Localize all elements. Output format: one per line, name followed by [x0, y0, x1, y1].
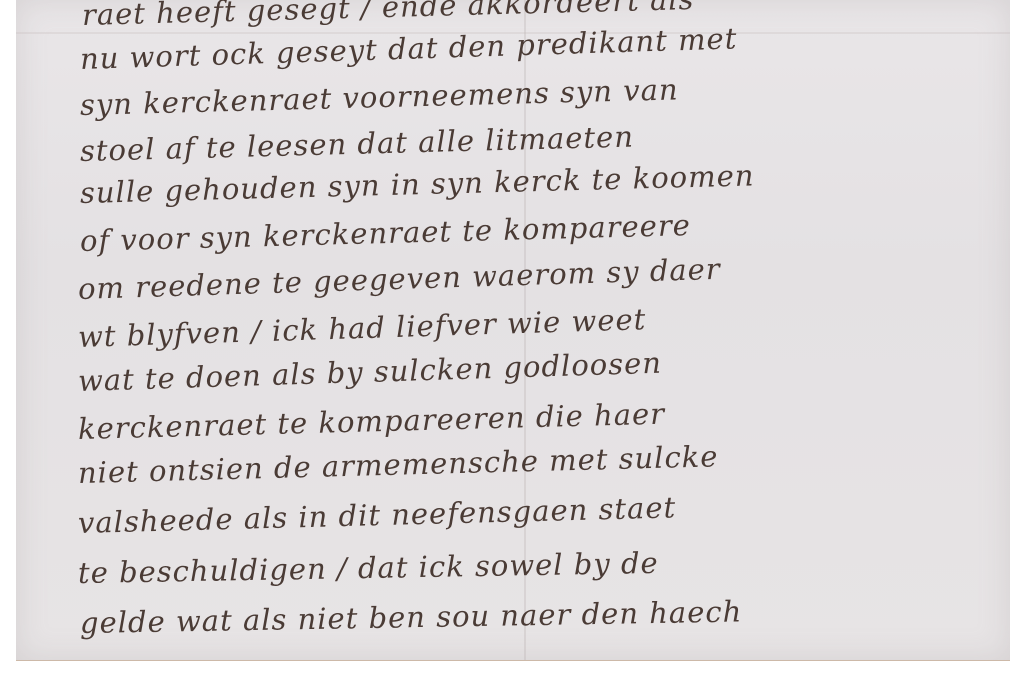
- manuscript-line-6: of voor syn kerckenraet te kompareere: [80, 208, 692, 258]
- manuscript-line-3: syn kerckenraet voorneemens syn van: [80, 72, 679, 122]
- manuscript-line-7: om reedene te geegeven waerom sy daer: [77, 252, 721, 306]
- manuscript-line-14: gelde wat als niet ben sou naer den haec…: [80, 594, 743, 640]
- manuscript-line-10: kerckenraet te kompareeren die haer: [78, 397, 666, 446]
- manuscript-line-4: stoel af te leesen dat alle litmaeten: [80, 120, 635, 168]
- manuscript-page: raet heeft gesegt / ende akkordeert als …: [16, 0, 1010, 661]
- manuscript-line-13: te beschuldigen / dat ick sowel by de: [78, 546, 659, 590]
- manuscript-line-9: wat te doen als by sulcken godloosen: [77, 346, 662, 398]
- manuscript-line-12: valsheede als in dit neefensgaen staet: [78, 490, 677, 540]
- manuscript-line-8: wt blyfven / ick had liefver wie weet: [77, 302, 646, 354]
- manuscript-line-5: sulle gehouden syn in syn kerck te koome…: [80, 158, 755, 210]
- manuscript-line-2: nu wort ock geseyt dat den predikant met: [79, 21, 737, 76]
- manuscript-line-11: niet ontsien de armemensche met sulcke: [78, 439, 719, 490]
